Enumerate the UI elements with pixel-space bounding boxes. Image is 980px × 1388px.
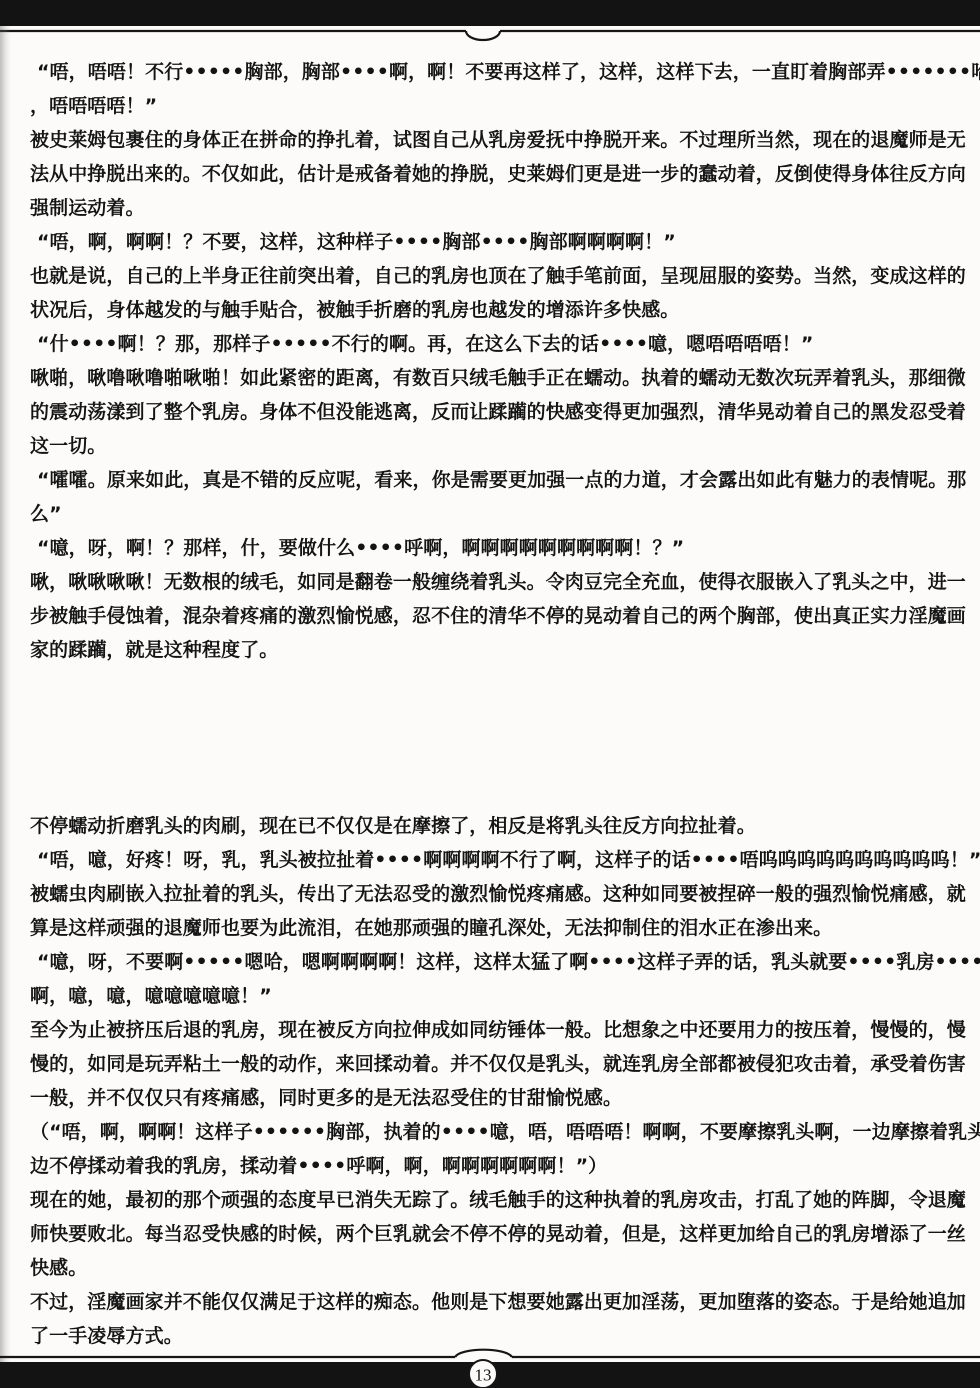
text-line: 啾啪，啾噜啾噜啪啾啪！如此紧密的距离，有数百只绒毛触手正在蠕动。执着的蠕动无数次… — [30, 361, 970, 395]
text-line: 师快要败北。每当忍受快感的时候，两个巨乳就会不停不停的晃动着，但是，这样更加给自… — [30, 1217, 970, 1251]
text-line: “噫，呀，啊！？那样，什，要做什么••••呼啊，啊啊啊啊啊啊啊啊啊！？” — [30, 531, 970, 565]
text-line: 也就是说，自己的上半身正往前突出着，自己的乳房也顶在了触手笔前面，呈现屈服的姿势… — [30, 259, 970, 293]
bottom-border: 13 — [0, 1340, 980, 1388]
top-border-bar — [0, 0, 980, 26]
text-line: 家的蹂躏，就是这种程度了。 — [30, 633, 970, 667]
text-line: 一般，并不仅仅只有疼痛感，同时更多的是无法忍受住的甘甜愉悦感。 — [30, 1081, 970, 1115]
text-line: 强制运动着。 — [30, 191, 970, 225]
text-line: 快感。 — [30, 1251, 970, 1285]
text-column: “唔，唔唔！不行•••••胸部，胸部••••啊，啊！不要再这样了，这样，这样下去… — [30, 55, 970, 1353]
text-line: 至今为止被挤压后退的乳房，现在被反方向拉伸成如同纺锤体一般。比想象之中还要用力的… — [30, 1013, 970, 1047]
text-line: 步被触手侵蚀着，混杂着疼痛的激烈愉悦感，忍不住的清华不停的晃动着自己的两个胸部，… — [30, 599, 970, 633]
page-number: 13 — [475, 1366, 492, 1385]
text-line: 算是这样顽强的退魔师也要为此流泪，在她那顽强的瞳孔深处，无法抑制住的泪水正在渗出… — [30, 911, 970, 945]
text-line: （“唔，啊，啊啊！这样子••••••胸部，执着的••••噫，唔，唔唔唔！啊啊，不… — [30, 1115, 970, 1149]
text-line: “嚯嚯。原来如此，真是不错的反应呢，看来，你是需要更加强一点的力道，才会露出如此… — [30, 463, 970, 497]
text-line: 的震动荡漾到了整个乳房。身体不但没能逃离，反而让蹂躏的快感变得更加强烈，清华晃动… — [30, 395, 970, 429]
text-line: 啊，噫，噫，噫噫噫噫噫！” — [30, 979, 970, 1013]
top-border-notch — [466, 31, 500, 40]
text-line: 被蠕虫肉刷嵌入拉扯着的乳头，传出了无法忍受的激烈愉悦疼痛感。这种如同要被捏碎一般… — [30, 877, 970, 911]
text-line: 被史莱姆包裹住的身体正在拼命的挣扎着，试图自己从乳房爱抚中挣脱开来。不过理所当然… — [30, 123, 970, 157]
text-line: 这一切。 — [30, 429, 970, 463]
page-edge-shading — [0, 26, 11, 1362]
text-line: “唔，噫，好疼！呀，乳，乳头被拉扯着••••啊啊啊啊不行了啊，这样子的话••••… — [30, 843, 970, 877]
text-line: 啾，啾啾啾啾！无数根的绒毛，如同是翻卷一般缠绕着乳头。令肉豆完全充血，使得衣服嵌… — [30, 565, 970, 599]
text-line: 现在的她，最初的那个顽强的态度早已消失无踪了。绒毛触手的这种执着的乳房攻击，打乱… — [30, 1183, 970, 1217]
text-line: “唔，唔唔！不行•••••胸部，胸部••••啊，啊！不要再这样了，这样，这样下去… — [30, 55, 970, 89]
text-line: 慢的，如同是玩弄粘土一般的动作，来回揉动着。并不仅仅是乳头，就连乳房全部都被侵犯… — [30, 1047, 970, 1081]
top-border — [0, 0, 980, 44]
text-line: “噫，呀，不要啊•••••嗯哈，嗯啊啊啊啊！这样，这样太猛了啊••••这样子弄的… — [30, 945, 970, 979]
text-line: 么” — [30, 497, 970, 531]
text-line: “什••••啊！？那，那样子•••••不行的啊。再，在这么下去的话••••噫，嗯… — [30, 327, 970, 361]
text-line: 边不停揉动着我的乳房，揉动着••••呼啊，啊，啊啊啊啊啊啊！”） — [30, 1149, 970, 1183]
page-container: “唔，唔唔！不行•••••胸部，胸部••••啊，啊！不要再这样了，这样，这样下去… — [0, 0, 980, 1388]
text-line: 法从中挣脱出来的。不仅如此，估计是戒备着她的挣脱，史莱姆们更是进一步的蠢动着，反… — [30, 157, 970, 191]
text-line: ，唔唔唔唔！” — [30, 89, 970, 123]
text-line: 不过，淫魔画家并不能仅仅满足于这样的痴态。他则是下想要她露出更加淫荡，更加堕落的… — [30, 1285, 970, 1319]
text-gap — [30, 667, 970, 809]
text-line: 不停蠕动折磨乳头的肉刷，现在已不仅仅是在摩擦了，相反是将乳头往反方向拉扯着。 — [30, 809, 970, 843]
text-line: “唔，啊，啊啊！？不要，这样，这种样子••••胸部••••胸部啊啊啊啊！” — [30, 225, 970, 259]
bottom-border-arch — [455, 1350, 512, 1357]
text-line: 状况后，身体越发的与触手贴合，被触手折磨的乳房也越发的增添许多快感。 — [30, 293, 970, 327]
